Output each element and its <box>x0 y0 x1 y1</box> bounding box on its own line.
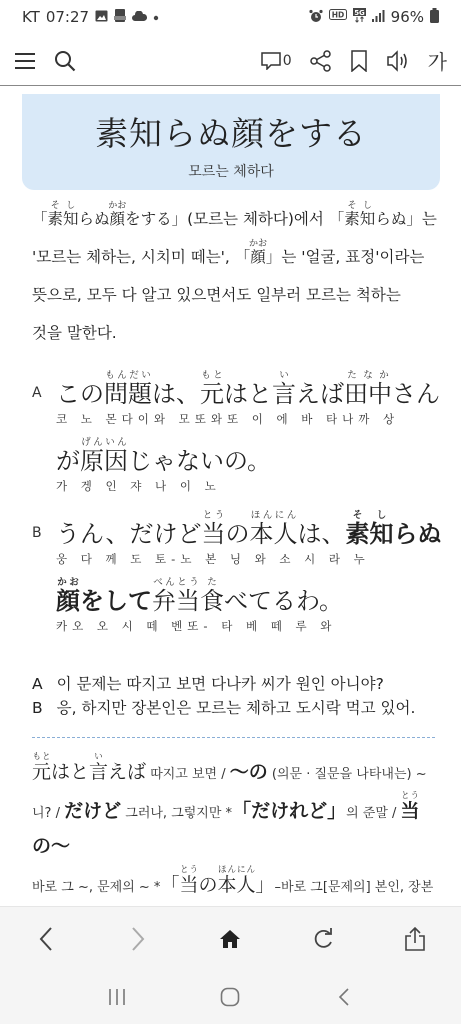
translation-text: 응, 하지만 장본인은 모르는 체하고 도시락 먹고 있어. <box>57 696 416 720</box>
browser-bottom-nav <box>0 906 461 971</box>
recents-button[interactable] <box>97 977 137 1017</box>
comment-button[interactable]: 0 <box>261 52 292 70</box>
share-button[interactable] <box>395 919 435 959</box>
intro-line-3: 뜻으로, 모두 다 알고 있으면서도 일부러 모르는 척하는 <box>32 276 437 314</box>
dialogue-line: A この問題もんだいは、元もとはと言いえば田中たなかさん 코 노 몬다이와 모또… <box>32 370 442 427</box>
dot-icon <box>153 10 159 24</box>
signal-icon <box>372 10 385 25</box>
forward-button[interactable] <box>118 919 158 959</box>
korean-pronunciation: 가 겡 인 쟈 나 이 노 <box>56 478 271 494</box>
japanese-sentence: うん、だけど当とうの本人ほんにんは、素知そしらぬ <box>56 510 441 551</box>
dialogue-b: B うん、だけど当とうの本人ほんにんは、素知そしらぬ 웅 다 께 도 토-노 본… <box>32 510 442 634</box>
japanese-sentence: が原因げんいんじゃないの。 <box>56 437 271 478</box>
reload-button[interactable] <box>303 919 343 959</box>
intro-line-1: 「素知そしらぬ顔かおをする」(모르는 체하다)에서 「素知そしらぬ」는 <box>32 200 437 238</box>
japanese-sentence: この問題もんだいは、元もとはと言いえば田中たなかさん <box>56 370 440 411</box>
speaker-label: B <box>32 525 56 567</box>
vocab-line-2: 니? / だけど 그러나, 그렇지만 *「だけれど」의 준말 / 当とうの～ <box>32 791 437 865</box>
pdf-icon <box>114 9 126 25</box>
translation: A 이 문제는 따지고 보면 다나카 씨가 원인 아니야? B 응, 하지만 장… <box>32 672 442 720</box>
title-box: 素知らぬ顔をする 모르는 체하다 <box>22 94 440 190</box>
dialogue-line: 顔かおをして弁当べんとう食たべてるわ。 카오 오 시 떼 벤또- 타 베 떼 루… <box>32 577 442 634</box>
vocab-line-1: 元もとはと言いえば 따지고 보면 / ～の (의문 · 질문을 나타내는) ~ <box>32 752 437 791</box>
speaker-icon[interactable] <box>386 50 410 72</box>
translation-row: A 이 문제는 따지고 보면 다나카 씨가 원인 아니야? <box>32 672 442 696</box>
time-label: 07:27 <box>46 8 89 26</box>
translation-row: B 응, 하지만 장본인은 모르는 체하고 도시락 먹고 있어. <box>32 696 442 720</box>
dialogue-a: A この問題もんだいは、元もとはと言いえば田中たなかさん 코 노 몬다이와 모또… <box>32 370 442 494</box>
dialogue-line: が原因げんいんじゃないの。 가 겡 인 쟈 나 이 노 <box>32 437 442 494</box>
status-right: HD 5G 96% <box>309 8 439 26</box>
comment-count: 0 <box>283 53 292 69</box>
cloud-icon <box>132 10 147 24</box>
search-icon[interactable] <box>54 50 76 72</box>
intro-line-4: 것을 말한다. <box>32 314 437 352</box>
alarm-icon <box>309 9 323 26</box>
back-system-button[interactable] <box>324 977 364 1017</box>
status-bar: KT 07:27 HD 5G 96% <box>0 0 461 34</box>
dialogue-line: B うん、だけど当とうの本人ほんにんは、素知そしらぬ 웅 다 께 도 토-노 본… <box>32 510 442 567</box>
back-button[interactable] <box>26 919 66 959</box>
home-system-button[interactable] <box>210 977 250 1017</box>
korean-pronunciation: 코 노 몬다이와 모또와또 이 에 바 타나까 상 <box>56 411 440 427</box>
status-left: KT 07:27 <box>22 8 159 26</box>
toolbar-right: 0 가 <box>261 46 447 75</box>
speaker-label: A <box>32 385 56 427</box>
page-subtitle: 모르는 체하다 <box>22 161 440 181</box>
share-icon[interactable] <box>310 50 332 72</box>
gallery-icon <box>95 10 108 25</box>
bookmark-icon[interactable] <box>350 50 368 72</box>
speaker-label: B <box>32 696 43 720</box>
svg-text:5G: 5G <box>354 9 365 17</box>
battery-icon <box>430 8 439 26</box>
toolbar-left <box>14 50 76 72</box>
speaker-label: A <box>32 672 43 696</box>
battery-percent: 96% <box>391 8 424 26</box>
home-button[interactable] <box>210 919 250 959</box>
carrier-label: KT <box>22 8 40 26</box>
korean-pronunciation: 웅 다 께 도 토-노 본 닝 와 소 시 라 누 <box>56 551 441 567</box>
intro-paragraph: 「素知そしらぬ顔かおをする」(모르는 체하다)에서 「素知そしらぬ」는 '모르는… <box>32 200 437 352</box>
translation-text: 이 문제는 따지고 보면 다나카 씨가 원인 아니야? <box>57 672 384 696</box>
font-size-button[interactable]: 가 <box>428 46 447 75</box>
system-nav-bar <box>0 970 461 1024</box>
korean-pronunciation: 카오 오 시 떼 벤또- 타 베 떼 루 와 <box>56 618 343 634</box>
intro-line-2: '모르는 체하는, 시치미 떼는', 「顔かお」는 '얼굴, 표정'이라는 <box>32 238 437 276</box>
menu-icon[interactable] <box>14 52 36 70</box>
svg-text:HD: HD <box>331 11 344 20</box>
app-toolbar: 0 가 <box>0 36 461 86</box>
hd-icon: HD <box>329 9 347 25</box>
japanese-sentence: 顔かおをして弁当べんとう食たべてるわ。 <box>56 577 343 618</box>
dashed-divider <box>32 737 435 738</box>
page-title: 素知らぬ顔をする <box>22 108 440 155</box>
5g-icon: 5G <box>353 8 366 26</box>
vocab-line-3: 바로 그 ~, 문제의 ~ *「当とうの本人ほんにん」–바로 그[문제의] 본인… <box>32 865 437 904</box>
